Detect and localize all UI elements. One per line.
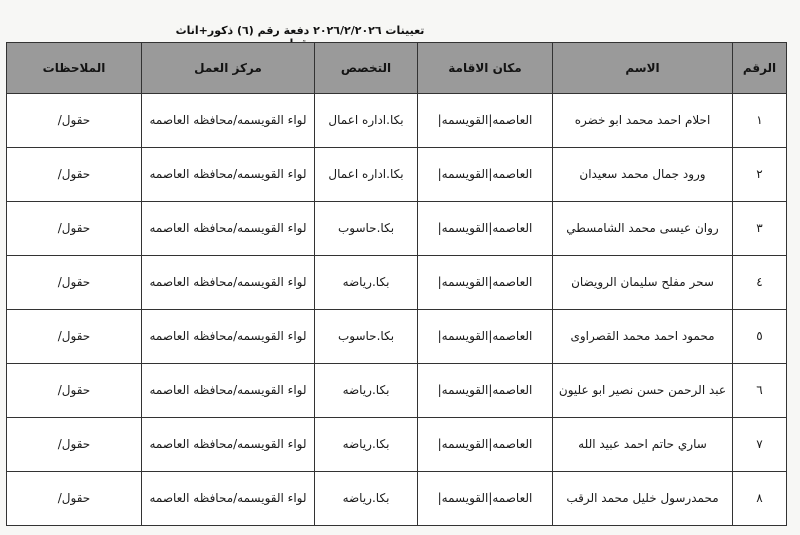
cell-notes: حقول/ [7,472,142,526]
header-number: الرقم [733,43,787,94]
cell-residence: العاصمه|القويسمه| [418,472,553,526]
cell-work-center: لواء القويسمه/محافظه العاصمه [142,418,315,472]
cell-number: ٥ [733,310,787,364]
cell-specialization: بكا.اداره اعمال [315,94,418,148]
table-row: ٢ ورود جمال محمد سعيدان العاصمه|القويسمه… [7,148,787,202]
cell-work-center: لواء القويسمه/محافظه العاصمه [142,256,315,310]
cell-residence: العاصمه|القويسمه| [418,310,553,364]
header-specialization: التخصص [315,43,418,94]
cell-work-center: لواء القويسمه/محافظه العاصمه [142,310,315,364]
cell-residence: العاصمه|القويسمه| [418,148,553,202]
cell-name: روان عيسى محمد الشامسطي [553,202,733,256]
cell-residence: العاصمه|القويسمه| [418,364,553,418]
cell-notes: حقول/ [7,364,142,418]
cell-number: ٧ [733,418,787,472]
cell-number: ١ [733,94,787,148]
table-row: ١ احلام احمد محمد ابو خضره العاصمه|القوي… [7,94,787,148]
cell-name: ورود جمال محمد سعيدان [553,148,733,202]
cell-work-center: لواء القويسمه/محافظه العاصمه [142,364,315,418]
header-notes: الملاحظات [7,43,142,94]
cell-specialization: بكا.رياضه [315,472,418,526]
cell-notes: حقول/ [7,256,142,310]
table-header-row: الرقم الاسم مكان الاقامة التخصص مركز الع… [7,43,787,94]
cell-notes: حقول/ [7,202,142,256]
cell-specialization: بكا.حاسوب [315,310,418,364]
cell-residence: العاصمه|القويسمه| [418,94,553,148]
cell-name: احلام احمد محمد ابو خضره [553,94,733,148]
cell-notes: حقول/ [7,310,142,364]
cell-number: ٨ [733,472,787,526]
table-row: ٣ روان عيسى محمد الشامسطي العاصمه|القويس… [7,202,787,256]
cell-name: ساري حاتم احمد عبيد الله [553,418,733,472]
cell-name: محمود احمد محمد القصراوى [553,310,733,364]
header-name: الاسم [553,43,733,94]
cell-residence: العاصمه|القويسمه| [418,418,553,472]
cell-notes: حقول/ [7,94,142,148]
header-work-center: مركز العمل [142,43,315,94]
cell-number: ٣ [733,202,787,256]
table-row: ٧ ساري حاتم احمد عبيد الله العاصمه|القوي… [7,418,787,472]
cell-specialization: بكا.رياضه [315,364,418,418]
table-row: ٤ سحر مفلح سليمان الرويضان العاصمه|القوي… [7,256,787,310]
table-row: ٦ عبد الرحمن حسن نصير ابو عليون العاصمه|… [7,364,787,418]
cell-specialization: بكا.رياضه [315,256,418,310]
document-page: تعيينات ٢٠٢٦/٢/٢٠٢٦ دفعة رقم (٦) ذكور+ان… [0,0,800,535]
cell-notes: حقول/ [7,148,142,202]
cell-number: ٤ [733,256,787,310]
cell-residence: العاصمه|القويسمه| [418,256,553,310]
cell-work-center: لواء القويسمه/محافظه العاصمه [142,472,315,526]
cell-notes: حقول/ [7,418,142,472]
cell-name: محمدرسول خليل محمد الرقب [553,472,733,526]
header-residence: مكان الاقامة [418,43,553,94]
cell-name: سحر مفلح سليمان الرويضان [553,256,733,310]
cell-work-center: لواء القويسمه/محافظه العاصمه [142,202,315,256]
cell-specialization: بكا.اداره اعمال [315,148,418,202]
table-row: ٨ محمدرسول خليل محمد الرقب العاصمه|القوي… [7,472,787,526]
cell-residence: العاصمه|القويسمه| [418,202,553,256]
appointments-table: الرقم الاسم مكان الاقامة التخصص مركز الع… [6,42,787,526]
cell-name: عبد الرحمن حسن نصير ابو عليون [553,364,733,418]
cell-work-center: لواء القويسمه/محافظه العاصمه [142,148,315,202]
cell-number: ٢ [733,148,787,202]
cell-specialization: بكا.حاسوب [315,202,418,256]
table-row: ٥ محمود احمد محمد القصراوى العاصمه|القوي… [7,310,787,364]
cell-work-center: لواء القويسمه/محافظه العاصمه [142,94,315,148]
cell-number: ٦ [733,364,787,418]
cell-specialization: بكا.رياضه [315,418,418,472]
